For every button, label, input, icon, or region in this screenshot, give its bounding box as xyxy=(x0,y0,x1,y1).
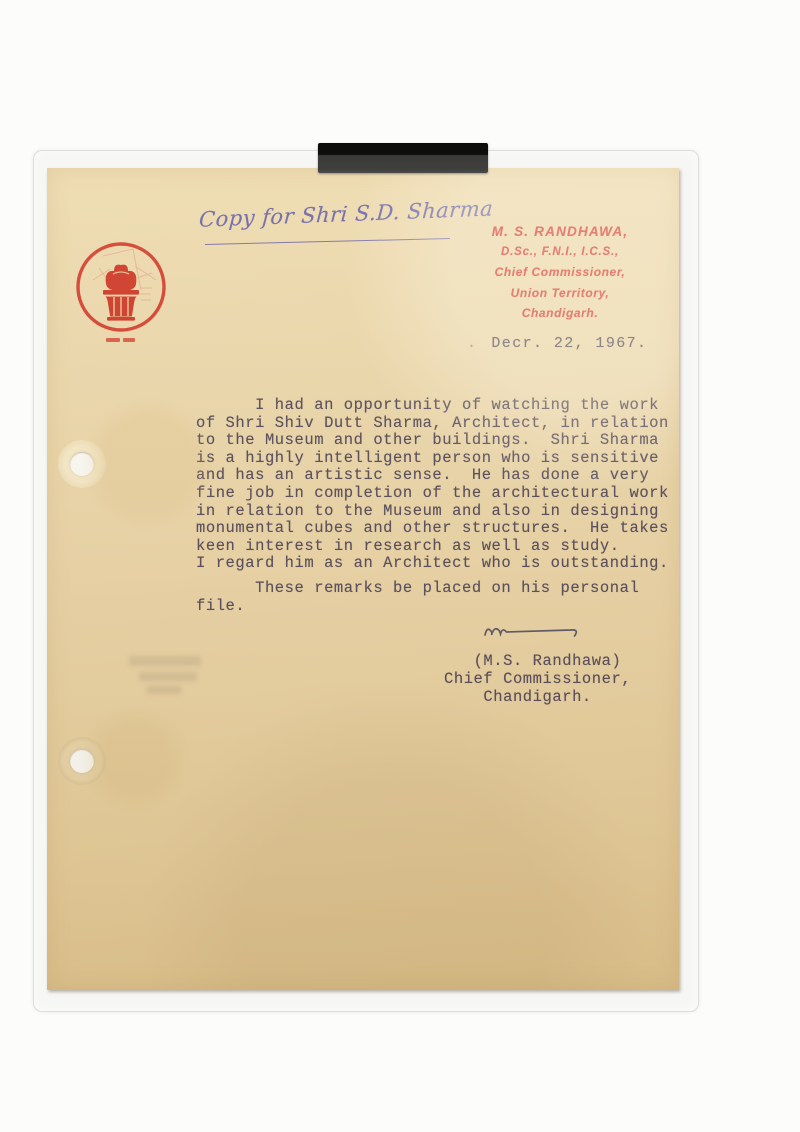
scan-background: Copy for Shri S.D. Sharma xyxy=(0,0,800,1132)
lion-capital-icon xyxy=(73,238,169,356)
emblem-motto-mark xyxy=(106,338,135,342)
signature-scribble xyxy=(479,616,589,651)
letterhead-block: M. S. RANDHAWA, D.Sc., F.N.I., I.C.S., C… xyxy=(469,221,651,324)
letterhead-territory: Union Territory, xyxy=(469,283,651,304)
handwritten-copy-note: Copy for Shri S.D. Sharma xyxy=(198,196,499,232)
signature-block: (M.S. Randhawa) Chief Commissioner, Chan… xyxy=(444,653,704,706)
letterhead-title: Chief Commissioner, xyxy=(469,262,651,283)
letter-body-paragraph-2: These remarks be placed on his personal … xyxy=(196,580,716,615)
letterhead-credentials: D.Sc., F.N.I., I.C.S., xyxy=(469,242,651,262)
punch-hole-bottom xyxy=(58,737,106,785)
letter-date: Decr. 22, 1967. xyxy=(491,335,647,352)
binder-clip xyxy=(318,143,488,173)
letter-body-paragraph-1: I had an opportunity of watching the wor… xyxy=(196,397,716,573)
letter-page: Copy for Shri S.D. Sharma xyxy=(47,168,679,990)
letterhead-name: M. S. RANDHAWA, xyxy=(469,221,651,242)
punch-hole xyxy=(70,749,94,773)
date-line: .Decr. 22, 1967. xyxy=(467,335,647,352)
stray-dot-mark: . xyxy=(467,335,477,352)
punch-hole xyxy=(70,452,94,476)
ink-bleed-ghost-marks xyxy=(87,654,237,704)
letterhead-city: Chandigarh. xyxy=(469,303,651,324)
plastic-sleeve: Copy for Shri S.D. Sharma xyxy=(33,150,699,1012)
handwritten-underline xyxy=(205,238,450,245)
punch-hole-top xyxy=(58,440,106,488)
ashoka-emblem-seal xyxy=(73,238,169,361)
